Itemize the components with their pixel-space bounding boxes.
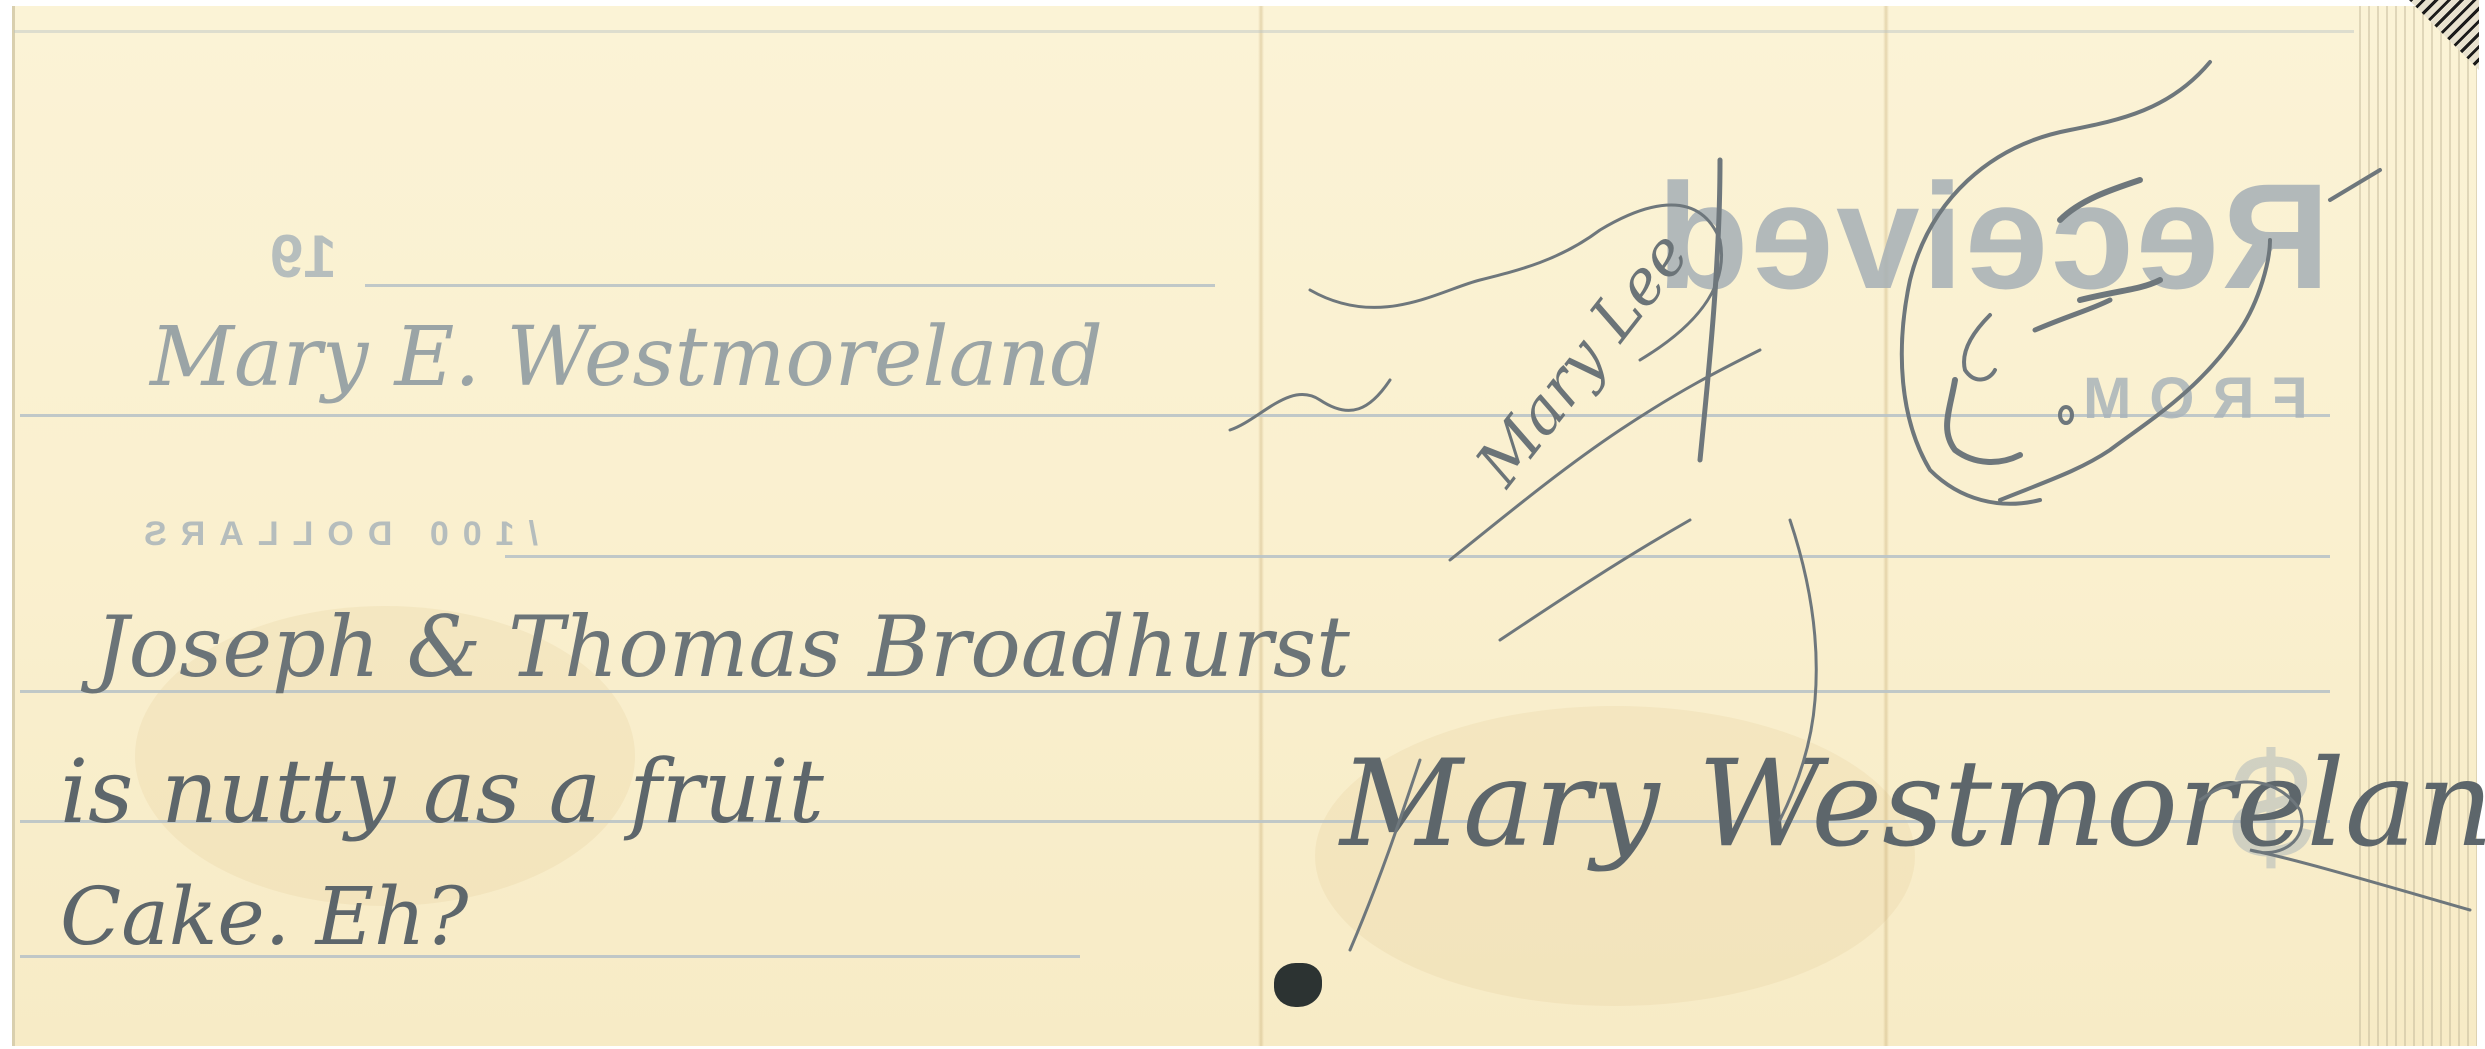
ink-blot: [1274, 963, 1322, 1007]
caricature-drawing: [0, 0, 2485, 1049]
